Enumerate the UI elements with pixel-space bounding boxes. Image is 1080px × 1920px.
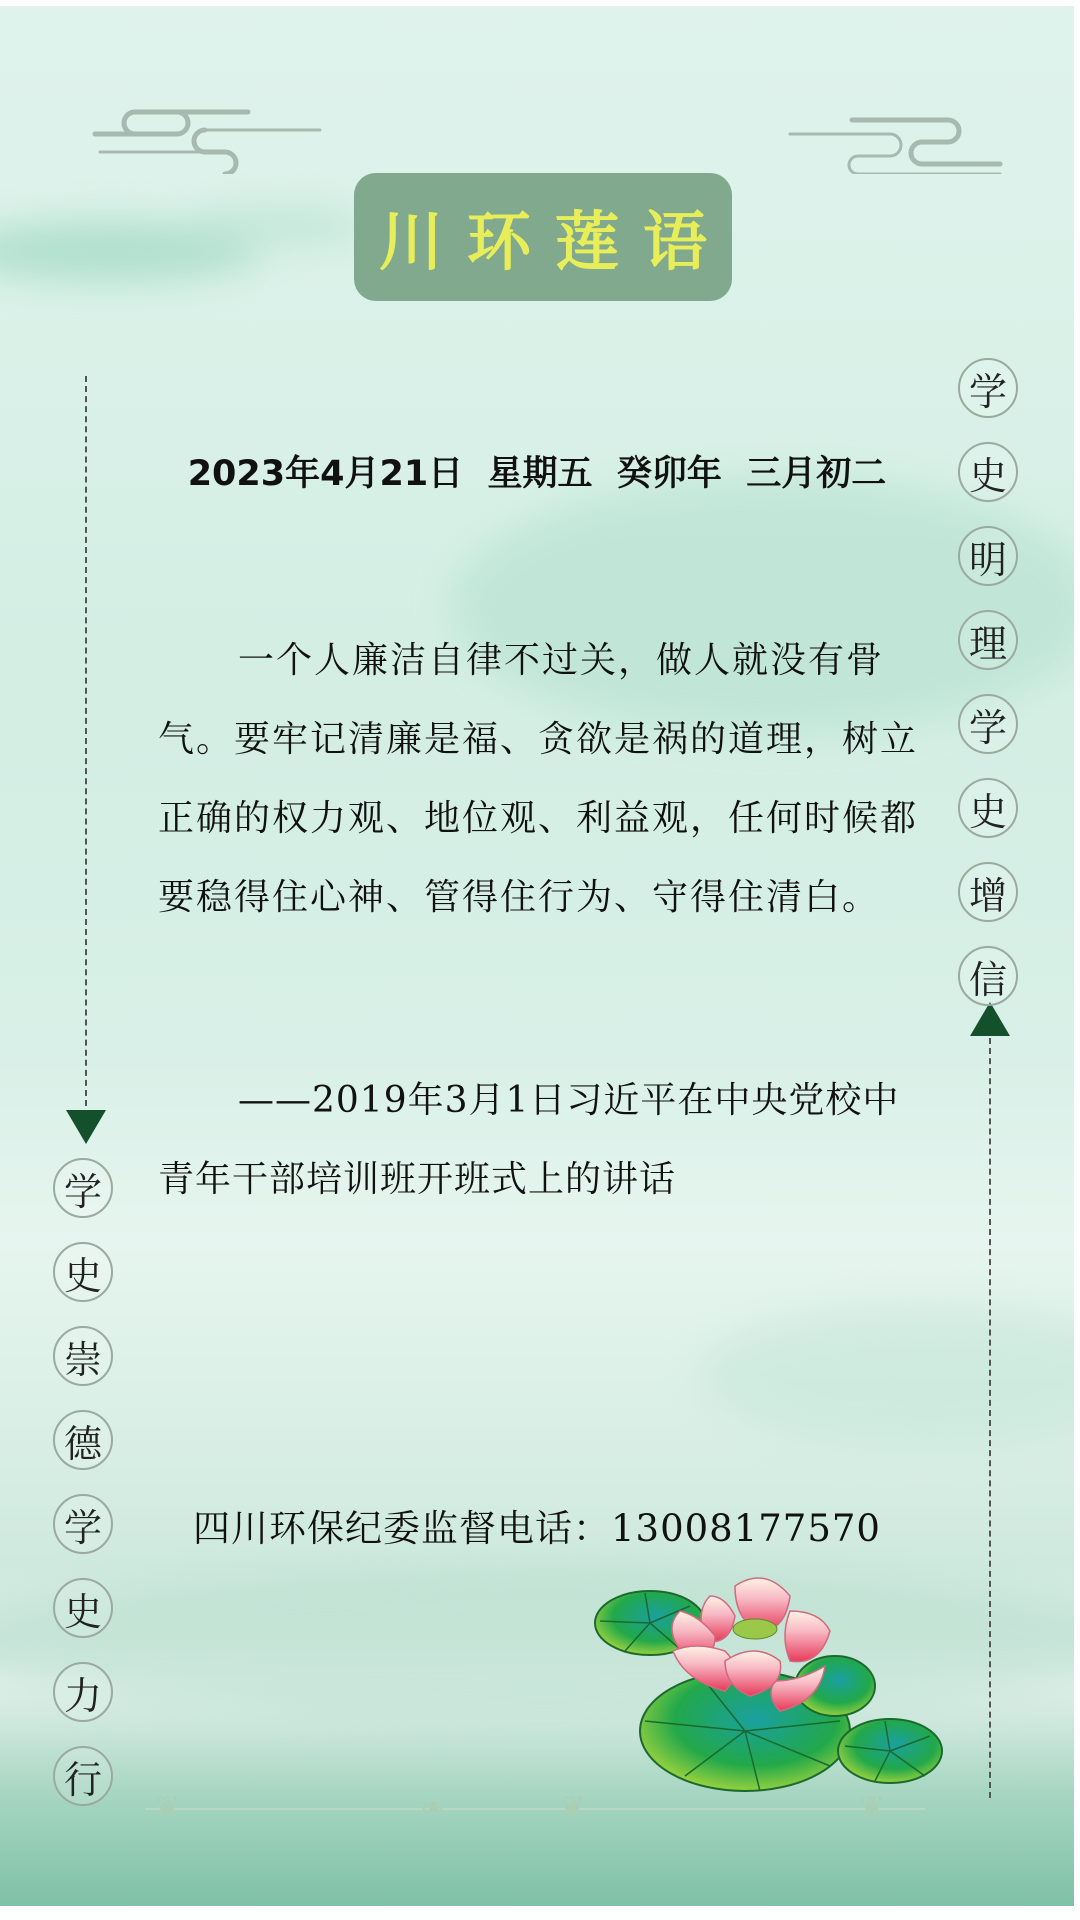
mountain-mist-left-2	[190, 206, 370, 246]
mountain-mist-right	[700, 1306, 1074, 1446]
left-slogan-column: 学 史 崇 德 学 史 力 行	[53, 1158, 113, 1830]
floral-ornament-icon: ❦	[560, 1790, 585, 1825]
slogan-char: 史	[53, 1242, 113, 1302]
slogan-char: 理	[958, 610, 1018, 670]
floral-ornament-icon: ❧	[420, 1790, 445, 1825]
slogan-char: 史	[53, 1578, 113, 1638]
slogan-char: 信	[958, 946, 1018, 1006]
slogan-char: 崇	[53, 1326, 113, 1386]
slogan-char: 学	[958, 694, 1018, 754]
floral-ornament-icon: ❦	[155, 1790, 180, 1825]
poster-title: 川环莲语	[355, 191, 731, 283]
date-line: 2023年4月21日 星期五 癸卯年 三月初二	[0, 446, 1074, 496]
cloud-scroll-right-icon	[780, 114, 1010, 174]
lotus-flower-icon	[585, 1571, 965, 1801]
right-dashed-line	[989, 1038, 991, 1798]
poster: 川环莲语 2023年4月21日 星期五 癸卯年 三月初二 一个人廉洁自律不过关，…	[0, 6, 1074, 1906]
quote-text: 一个人廉洁自律不过关，做人就没有骨气。要牢记清廉是福、贪欲是祸的道理，树立正确的…	[158, 621, 918, 937]
slogan-char: 德	[53, 1410, 113, 1470]
slogan-char: 学	[958, 358, 1018, 418]
slogan-char: 史	[958, 442, 1018, 502]
slogan-char: 学	[53, 1494, 113, 1554]
slogan-char: 学	[53, 1158, 113, 1218]
slogan-char: 史	[958, 778, 1018, 838]
arrow-down-triangle-icon	[66, 1110, 106, 1144]
slogan-char: 行	[53, 1746, 113, 1806]
title-banner: 川环莲语	[354, 173, 732, 301]
floral-ornament-line	[145, 1808, 925, 1810]
slogan-char: 明	[958, 526, 1018, 586]
cloud-scroll-left-icon	[85, 104, 325, 174]
slogan-char: 力	[53, 1662, 113, 1722]
quote-source: ——2019年3月1日习近平在中央党校中青年干部培训班开班式上的讲话	[158, 1061, 918, 1219]
slogan-char: 增	[958, 862, 1018, 922]
supervision-hotline: 四川环保纪委监督电话：13008177570	[0, 1498, 1074, 1552]
left-dashed-line	[85, 376, 87, 1106]
right-slogan-column: 学 史 明 理 学 史 增 信	[958, 358, 1018, 1030]
